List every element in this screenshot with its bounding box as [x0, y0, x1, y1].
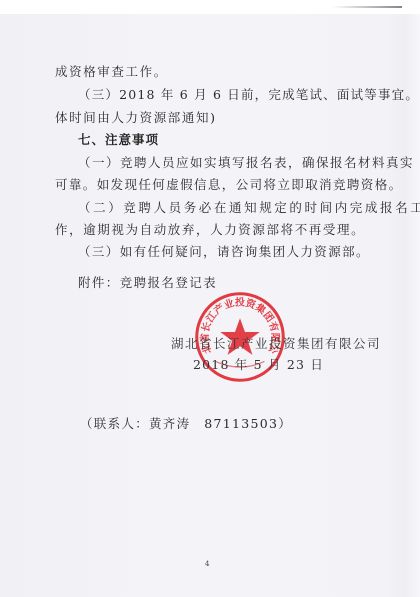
signature-date: 2018 年 5 月 23 日: [193, 357, 324, 373]
scan-edge-line: [332, 6, 402, 8]
paragraph-line: （三）2018 年 6 月 6 日前，完成笔试、面试等事宜。(具: [78, 87, 420, 103]
document-page: 成资格审查工作。 （三）2018 年 6 月 6 日前，完成笔试、面试等事宜。(…: [0, 0, 420, 597]
attachment-label: 附件：竞聘报名登记表: [78, 275, 217, 291]
page-number: 4: [205, 560, 209, 568]
paragraph-line: 成资格审查工作。: [55, 64, 168, 80]
section-heading: 七、注意事项: [78, 132, 159, 148]
paragraph-line: （二）竞聘人员务必在通知规定的时间内完成报名工: [78, 200, 420, 216]
paragraph-line: 体时间由人力资源部通知): [55, 110, 217, 126]
paragraph-line: 可靠。如发现任何虚假信息，公司将立即取消竞聘资格。: [55, 177, 403, 193]
contact-info: （联系人：黄齐涛 87113503）: [80, 416, 292, 432]
paragraph-line: （一）竞聘人员应如实填写报名表，确保报名材料真实: [78, 155, 414, 171]
paragraph-line: （三）如有任何疑问，请咨询集团人力资源部。: [78, 244, 370, 260]
paragraph-line: 作，逾期视为自动放弃，人力资源部将不再受理。: [55, 222, 365, 238]
signature-organization: 湖北省长江产业投资集团有限公司: [171, 336, 381, 352]
